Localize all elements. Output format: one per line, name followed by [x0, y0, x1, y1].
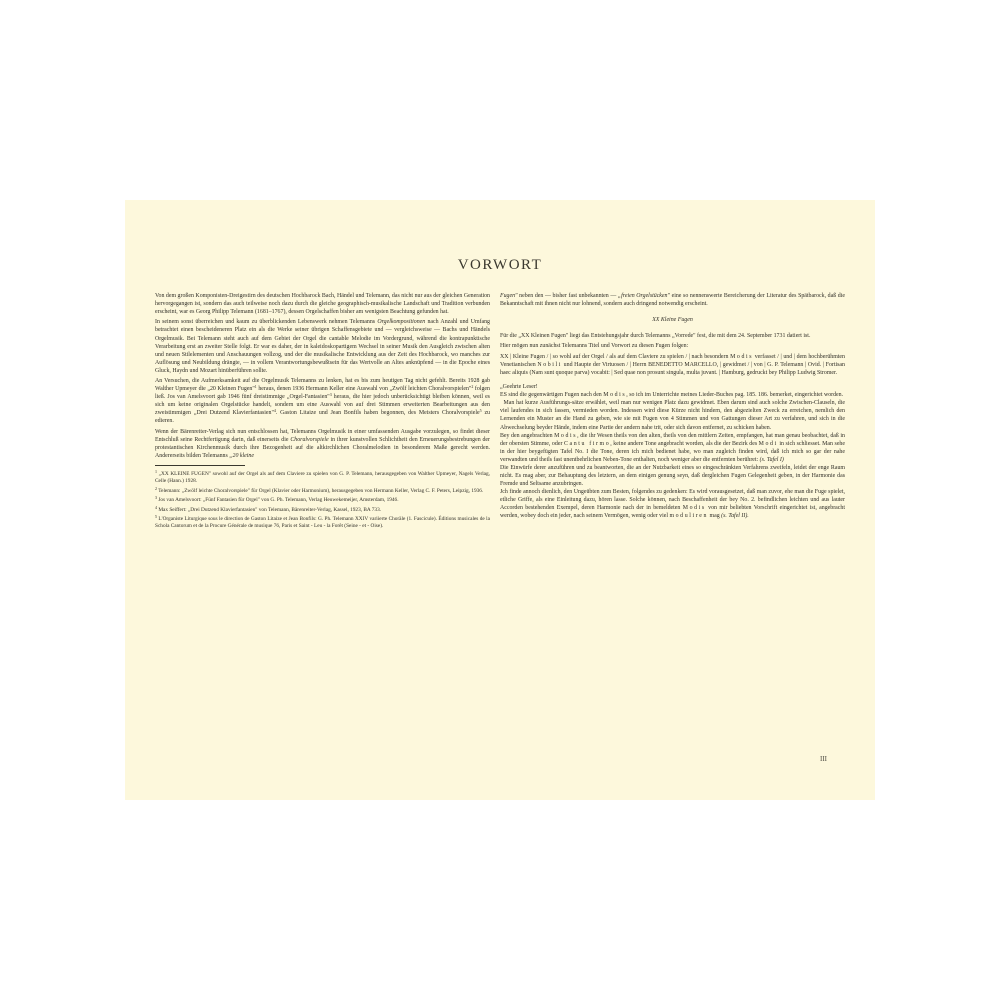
- greeting: „Geehrte Leser!: [500, 383, 845, 391]
- paragraph: Wenn der Bärenreiter-Verlag sich nun ent…: [155, 428, 490, 460]
- paragraph: In seinem sonst überreichen und kaum zu …: [155, 318, 490, 374]
- quote-paragraph: ES sind die gegenwärtigen Fugen nach den…: [500, 391, 845, 399]
- quote-paragraph: Man hat kurze Ausführungs-sätze erwählet…: [500, 399, 845, 431]
- quote-paragraph: Jch finde annoch dienlich, den Ungeübten…: [500, 488, 845, 520]
- left-column: Von dem großen Komponisten-Dreigestirn d…: [155, 292, 490, 533]
- book-page: VORWORT Von dem großen Komponisten-Dreig…: [125, 200, 875, 800]
- footnote: 1 „XX KLEINE FUGEN" sowohl auf der Orgel…: [155, 471, 490, 485]
- paragraph: Hier mögen nun zunächst Telemanns Titel …: [500, 342, 845, 350]
- footnote-ref[interactable]: 2: [471, 384, 473, 389]
- footnote: 2 Telemann: „Zwölf leichte Choralvorspie…: [155, 488, 490, 495]
- paragraph: An Versuchen, die Aufmerksamkeit auf die…: [155, 377, 490, 425]
- footnote-ref[interactable]: 1: [255, 384, 257, 389]
- footnote-ref[interactable]: 5: [480, 408, 482, 413]
- section-subheading: XX Kleine Fugen: [500, 316, 845, 324]
- footnote-divider: [155, 465, 245, 466]
- page-title: VORWORT: [125, 257, 875, 274]
- footnote: 3 Jos van Amelsvoort: „Fünf Fantasien fü…: [155, 497, 490, 504]
- footnote: 5 L'Organiste Liturgique sous le directi…: [155, 516, 490, 530]
- quote-paragraph: Die Einwürfe derer anzuführen und zu bea…: [500, 464, 845, 488]
- paragraph: Von dem großen Komponisten-Dreigestirn d…: [155, 292, 490, 316]
- footnote: 4 Max Seiffert: „Drei Dutzend Klavierfan…: [155, 507, 490, 514]
- paragraph: Für die „XX Kleinen Fugen" liegt das Ent…: [500, 332, 845, 340]
- quote-paragraph: Bey den angebrachten Modis, die ihr Wese…: [500, 432, 845, 464]
- footnote-ref[interactable]: 3: [330, 392, 332, 397]
- paragraph: Fugen" neben den — bisher fast unbekannt…: [500, 292, 845, 308]
- page-number: III: [820, 755, 827, 763]
- right-column: Fugen" neben den — bisher fast unbekannt…: [500, 292, 845, 520]
- quoted-title: XX | Kleine Fugen / | so wohl auf der Or…: [500, 353, 845, 377]
